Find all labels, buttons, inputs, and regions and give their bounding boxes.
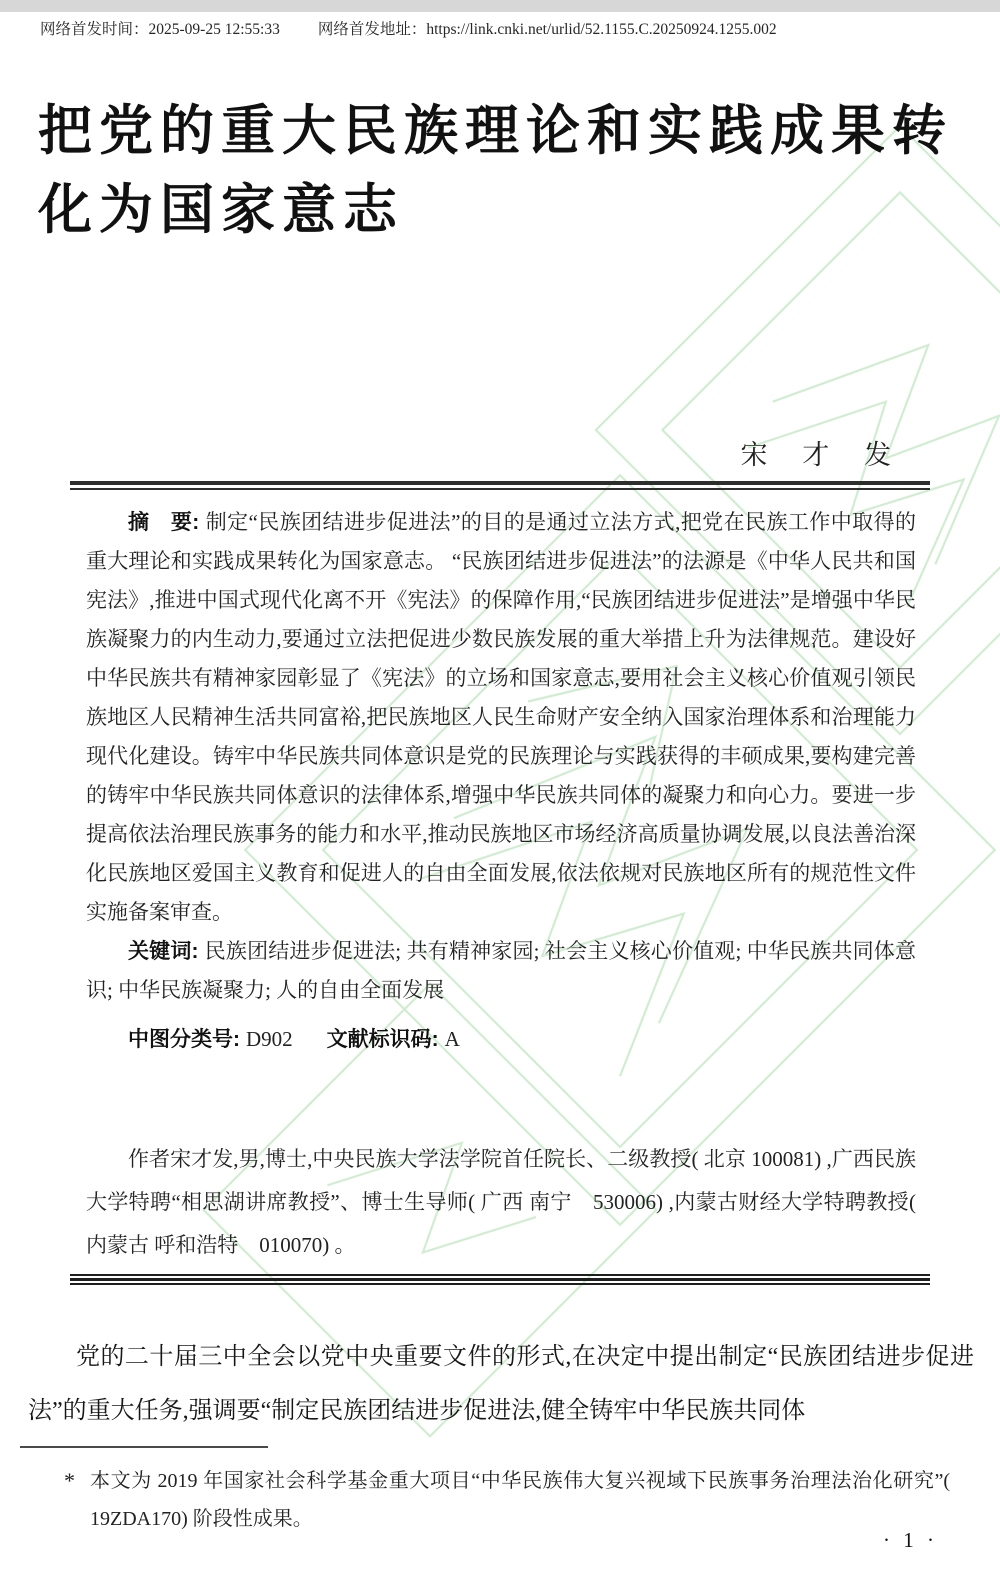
abstract-label: 摘 要: xyxy=(128,511,199,534)
footnote: * 本文为 2019 年国家社会科学基金重大项目“中华民族伟大复兴视域下民族事务… xyxy=(42,1462,950,1538)
clc-label: 中图分类号: xyxy=(128,1028,240,1051)
article-title: 把党的重大民族理论和实践成果转 化为国家意志 xyxy=(38,92,968,250)
keywords-label: 关键词: xyxy=(128,940,199,963)
classification-line: 中图分类号:D902文献标识码:A xyxy=(86,1020,916,1059)
body-first-paragraph: 党的二十届三中全会以党中央重要文件的形式,在决定中提出制定“民族团结进步促进法”… xyxy=(28,1330,974,1438)
document-page: 网络首发时间：2025-09-25 12:55:33 网络首发地址：https:… xyxy=(0,0,1000,1579)
divider-thin-top xyxy=(70,1274,930,1276)
keywords-text: 民族团结进步促进法; 共有精神家园; 社会主义核心价值观; 中华民族共同体意识;… xyxy=(86,939,916,1002)
doc-code-label: 文献标识码: xyxy=(327,1028,439,1051)
article-title-line2: 化为国家意志 xyxy=(38,171,968,250)
publish-time-label: 网络首发时间： xyxy=(40,21,149,38)
header-double-rule xyxy=(70,481,930,490)
abstract-section: 摘 要:制定“民族团结进步促进法”的目的是通过立法方式,把党在民族工作中取得的重… xyxy=(86,503,916,1059)
footnote-marker: * xyxy=(42,1462,90,1500)
doc-code-value: A xyxy=(445,1027,460,1051)
author-bio-section: 作者宋才发,男,博士,中央民族大学法学院首任院长、二级教授( 北京 100081… xyxy=(86,1138,916,1267)
publish-time: 网络首发时间：2025-09-25 12:55:33 xyxy=(40,17,280,39)
publish-url: 网络首发地址：https://link.cnki.net/urlid/52.11… xyxy=(318,17,777,39)
footnote-text: 本文为 2019 年国家社会科学基金重大项目“中华民族伟大复兴视域下民族事务治理… xyxy=(90,1462,950,1538)
author-bio-paragraph: 作者宋才发,男,博士,中央民族大学法学院首任院长、二级教授( 北京 100081… xyxy=(86,1138,916,1267)
body-text-section: 党的二十届三中全会以党中央重要文件的形式,在决定中提出制定“民族团结进步促进法”… xyxy=(28,1330,974,1438)
publish-url-label: 网络首发地址： xyxy=(318,21,427,38)
page-number: · 1 · xyxy=(883,1528,938,1553)
article-title-line1: 把党的重大民族理论和实践成果转 xyxy=(38,92,968,171)
top-gray-bar xyxy=(0,0,1000,12)
abstract-text: 制定“民族团结进步促进法”的目的是通过立法方式,把党在民族工作中取得的重大理论和… xyxy=(86,510,916,924)
keywords-paragraph: 关键词:民族团结进步促进法; 共有精神家园; 社会主义核心价值观; 中华民族共同… xyxy=(86,932,916,1010)
footnote-separator xyxy=(20,1446,268,1448)
abstract-paragraph: 摘 要:制定“民族团结进步促进法”的目的是通过立法方式,把党在民族工作中取得的重… xyxy=(86,503,916,932)
online-first-header: 网络首发时间：2025-09-25 12:55:33 网络首发地址：https:… xyxy=(40,17,777,39)
publish-time-value: 2025-09-25 12:55:33 xyxy=(149,21,280,38)
divider-thick-middle xyxy=(70,1278,930,1281)
divider-thin-bottom xyxy=(70,1283,930,1285)
section-divider-rule xyxy=(70,1274,930,1285)
author-name: 宋 才 发 xyxy=(741,433,906,472)
clc-value: D902 xyxy=(246,1027,293,1051)
publish-url-value: https://link.cnki.net/urlid/52.1155.C.20… xyxy=(426,21,776,38)
